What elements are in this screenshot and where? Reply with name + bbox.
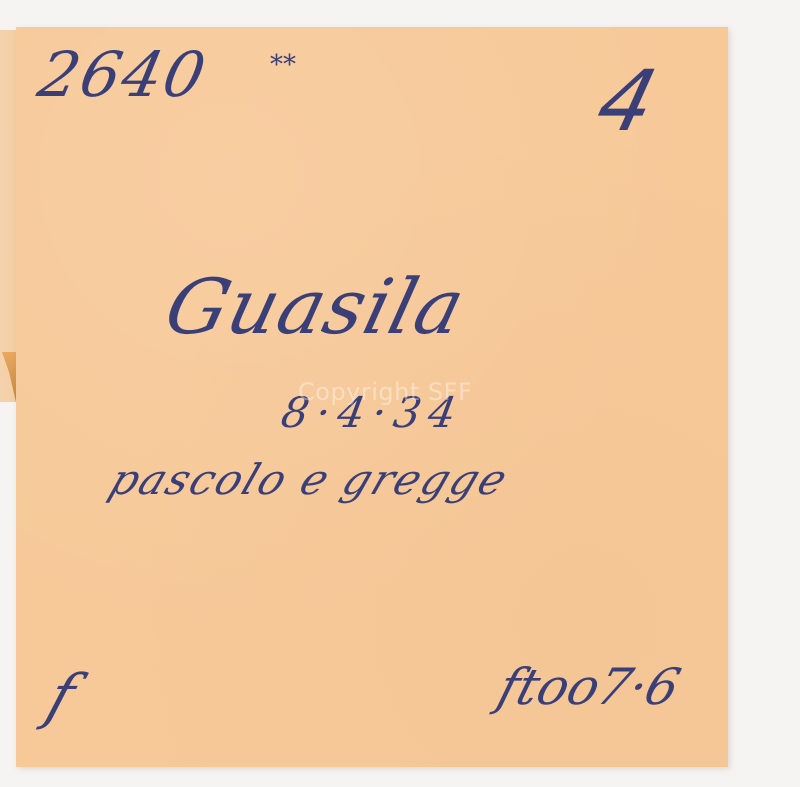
catalog-number: 2640 bbox=[32, 38, 213, 111]
copyright-watermark: Copyright SFF bbox=[298, 378, 472, 406]
place-name: Guasila bbox=[157, 262, 474, 351]
bottom-right-reference: ftoo7·6 bbox=[492, 658, 687, 716]
subject-description: pascolo e gregge bbox=[103, 455, 516, 504]
catalog-star-marks: ** bbox=[270, 50, 296, 80]
